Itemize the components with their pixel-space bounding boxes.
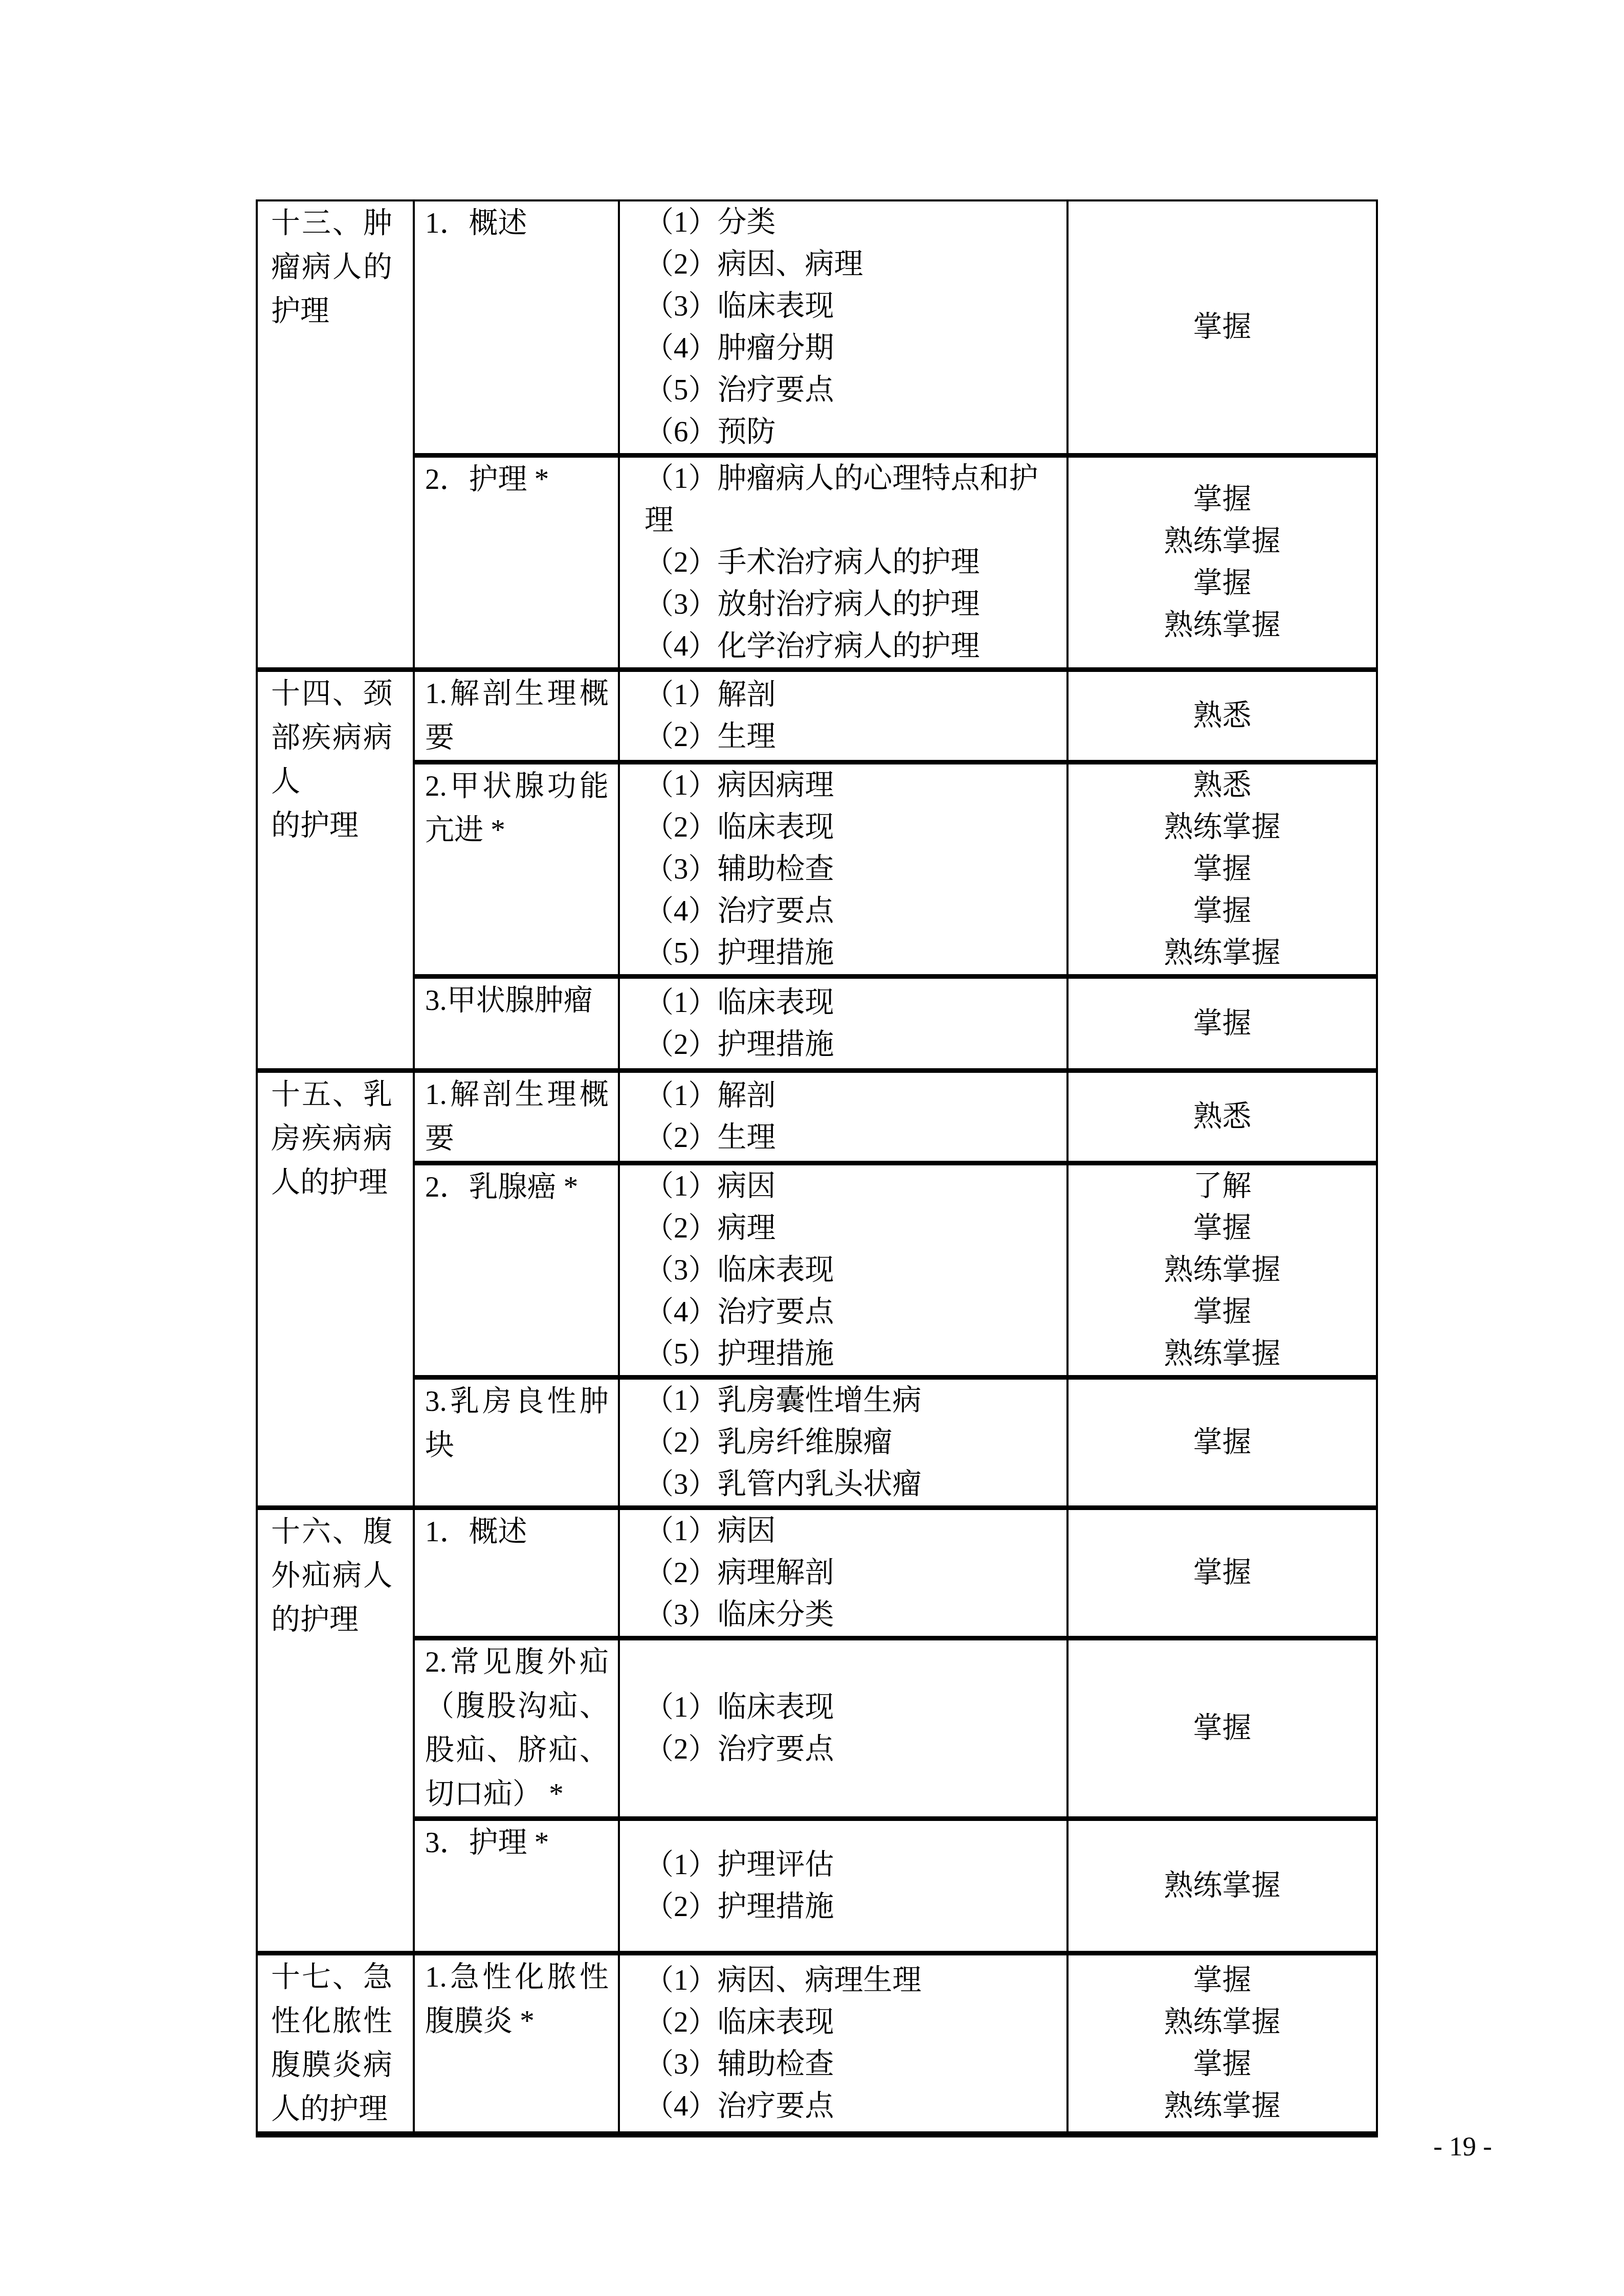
items-cell: （1）解剖 （2）生理 — [619, 1071, 1067, 1163]
table-row: 3．护理 * （1）护理评估 （2）护理措施 熟练掌握 — [257, 1819, 1377, 1953]
section-cell: 2．护理 * — [414, 456, 619, 670]
table-row: 2.甲状腺功能亢进 * （1）病因病理 （2）临床表现 （3）辅助检查 （4）治… — [257, 762, 1377, 977]
table-row: 十六、腹外疝病人的护理 1．概述 （1）病因 （2）病理解剖 （3）临床分类 掌… — [257, 1508, 1377, 1638]
items-cell: （1）护理评估 （2）护理措施 — [619, 1819, 1067, 1953]
level-cell: 熟悉 — [1067, 670, 1377, 762]
table-row: 十三、肿瘤病人的护理 1．概述 （1）分类 （2）病因、病理 （3）临床表现 （… — [257, 200, 1377, 456]
section-cell: 2.甲状腺功能亢进 * — [414, 762, 619, 977]
syllabus-table: 十三、肿瘤病人的护理 1．概述 （1）分类 （2）病因、病理 （3）临床表现 （… — [256, 199, 1378, 2137]
section-cell: 1.解剖生理概要 — [414, 670, 619, 762]
section-cell: 3.甲状腺肿瘤 — [414, 977, 619, 1071]
chapter-cell: 十五、乳房疾病病人的护理 — [257, 1071, 414, 1508]
chapter-cell: 十四、颈部疾病病人 的护理 — [257, 670, 414, 1071]
document-page: 十三、肿瘤病人的护理 1．概述 （1）分类 （2）病因、病理 （3）临床表现 （… — [0, 0, 1624, 2296]
section-cell: 1．概述 — [414, 1508, 619, 1638]
level-cell: 掌握 — [1067, 1508, 1377, 1638]
level-cell: 掌握 — [1067, 1378, 1377, 1508]
section-cell: 1.急性化脓性腹膜炎 * — [414, 1953, 619, 2135]
table-row: 2．护理 * （1）肿瘤病人的心理特点和护理 （2）手术治疗病人的护理 （3）放… — [257, 456, 1377, 670]
level-cell: 熟悉 — [1067, 1071, 1377, 1163]
table-row: 十五、乳房疾病病人的护理 1.解剖生理概要 （1）解剖 （2）生理 熟悉 — [257, 1071, 1377, 1163]
level-cell: 熟悉 熟练掌握 掌握 掌握 熟练掌握 — [1067, 762, 1377, 977]
items-cell: （1）解剖 （2）生理 — [619, 670, 1067, 762]
level-cell: 掌握 熟练掌握 掌握 熟练掌握 — [1067, 456, 1377, 670]
items-cell: （1）肿瘤病人的心理特点和护理 （2）手术治疗病人的护理 （3）放射治疗病人的护… — [619, 456, 1067, 670]
level-cell: 掌握 熟练掌握 掌握 熟练掌握 — [1067, 1953, 1377, 2135]
level-cell: 了解 掌握 熟练掌握 掌握 熟练掌握 — [1067, 1163, 1377, 1378]
section-cell: 3．护理 * — [414, 1819, 619, 1953]
items-cell: （1）病因 （2）病理 （3）临床表现 （4）治疗要点 （5）护理措施 — [619, 1163, 1067, 1378]
table-row: 2.常见腹外疝（腹股沟疝、股疝、脐疝、切口疝） * （1）临床表现 （2）治疗要… — [257, 1638, 1377, 1819]
items-cell: （1）分类 （2）病因、病理 （3）临床表现 （4）肿瘤分期 （5）治疗要点 （… — [619, 200, 1067, 456]
level-cell: 掌握 — [1067, 1638, 1377, 1819]
level-cell: 掌握 — [1067, 977, 1377, 1071]
chapter-cell: 十三、肿瘤病人的护理 — [257, 200, 414, 670]
items-cell: （1）临床表现 （2）护理措施 — [619, 977, 1067, 1071]
section-cell: 2.常见腹外疝（腹股沟疝、股疝、脐疝、切口疝） * — [414, 1638, 619, 1819]
section-cell: 1．概述 — [414, 200, 619, 456]
table-row: 3.乳房良性肿块 （1）乳房囊性增生病 （2）乳房纤维腺瘤 （3）乳管内乳头状瘤… — [257, 1378, 1377, 1508]
chapter-cell: 十七、急性化脓性腹膜炎病人的护理 — [257, 1953, 414, 2135]
items-cell: （1）病因 （2）病理解剖 （3）临床分类 — [619, 1508, 1067, 1638]
section-cell: 1.解剖生理概要 — [414, 1071, 619, 1163]
section-cell: 2．乳腺癌 * — [414, 1163, 619, 1378]
table-row: 十四、颈部疾病病人 的护理 1.解剖生理概要 （1）解剖 （2）生理 熟悉 — [257, 670, 1377, 762]
table-row: 十七、急性化脓性腹膜炎病人的护理 1.急性化脓性腹膜炎 * （1）病因、病理生理… — [257, 1953, 1377, 2135]
items-cell: （1）乳房囊性增生病 （2）乳房纤维腺瘤 （3）乳管内乳头状瘤 — [619, 1378, 1067, 1508]
level-cell: 熟练掌握 — [1067, 1819, 1377, 1953]
items-cell: （1）病因、病理生理 （2）临床表现 （3）辅助检查 （4）治疗要点 — [619, 1953, 1067, 2135]
section-cell: 3.乳房良性肿块 — [414, 1378, 619, 1508]
chapter-cell: 十六、腹外疝病人的护理 — [257, 1508, 414, 1953]
page-number: - 19 - — [1433, 2131, 1492, 2162]
level-cell: 掌握 — [1067, 200, 1377, 456]
items-cell: （1）病因病理 （2）临床表现 （3）辅助检查 （4）治疗要点 （5）护理措施 — [619, 762, 1067, 977]
items-cell: （1）临床表现 （2）治疗要点 — [619, 1638, 1067, 1819]
table-row: 3.甲状腺肿瘤 （1）临床表现 （2）护理措施 掌握 — [257, 977, 1377, 1071]
table-row: 2．乳腺癌 * （1）病因 （2）病理 （3）临床表现 （4）治疗要点 （5）护… — [257, 1163, 1377, 1378]
